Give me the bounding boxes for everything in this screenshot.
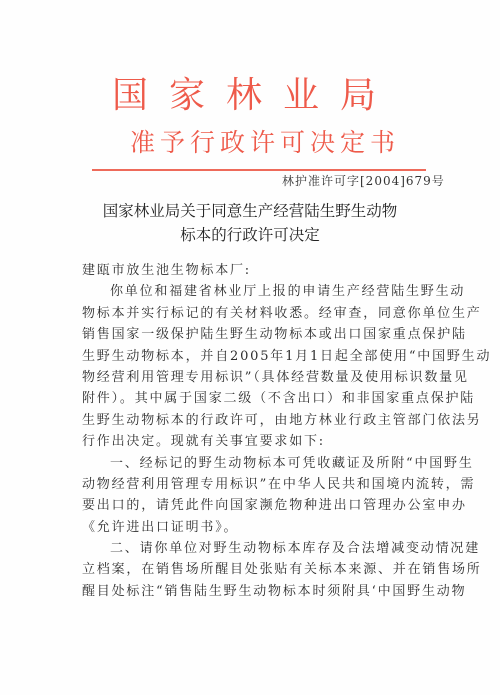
body-line: 生野生动物标本，并自2005年1月1日起全部使用“中国野生动 [82, 346, 436, 367]
agency-name: 国家林业局 [112, 76, 402, 116]
body-line: 一、经标记的野生动物标本可凭收藏证及所附“中国野生 [82, 453, 436, 474]
body-line: 二、请你单位对野生动物标本库存及合法增减变动情况建 [82, 538, 436, 559]
document-page: 国家林业局 准予行政许可决定书 林护准许可字[2004]679号 国家林业局关于… [0, 0, 500, 695]
body-line: 要出口的，请凭此件向国家濒危物种进出口管理办公室申办 [82, 495, 436, 516]
body-line: 动物经营利用管理专用标识”在中华人民共和国境内流转，需 [82, 474, 436, 495]
body-line: 你单位和福建省林业厅上报的申请生产经营陆生野生动 [82, 281, 436, 302]
body-line: 立档案，在销售场所醒目处张贴有关标本来源、并在销售场所 [82, 559, 436, 580]
body-line: 生野生动物标本的行政许可，由地方林业行政主管部门依法另 [82, 410, 436, 431]
body-line: 《允许进出口证明书》。 [82, 517, 436, 538]
document-body: 建瓯市放生池生物标本厂: 你单位和福建省林业厅上报的申请生产经营陆生野生动 物标… [82, 260, 436, 602]
body-line: 醒目处标注“销售陆生野生动物标本时须附具‘中国野生动物 [82, 581, 436, 602]
body-line: 行作出决定。现就有关事宜要求如下: [82, 431, 436, 452]
body-line: 附件）。其中属于国家二级（不含出口）和非国家重点保护陆 [82, 388, 436, 409]
addressee: 建瓯市放生池生物标本厂: [82, 260, 436, 281]
decision-title-line-2: 标本的行政许可决定 [0, 224, 500, 246]
body-line: 销售国家一级保护陆生野生动物标本或出口国家重点保护陆 [82, 324, 436, 345]
body-line: 物标本并实行标记的有关材料收悉。经审查，同意你单位生产 [82, 303, 436, 324]
decision-title-line-1: 国家林业局关于同意生产经营陆生野生动物 [0, 200, 500, 222]
red-divider-line [92, 169, 426, 171]
document-type-heading: 准予行政许可决定书 [130, 128, 390, 158]
document-number: 林护准许可字[2004]679号 [282, 172, 445, 189]
body-line: 物经营利用管理专用标识”（具体经营数量及使用标识数量见 [82, 367, 436, 388]
